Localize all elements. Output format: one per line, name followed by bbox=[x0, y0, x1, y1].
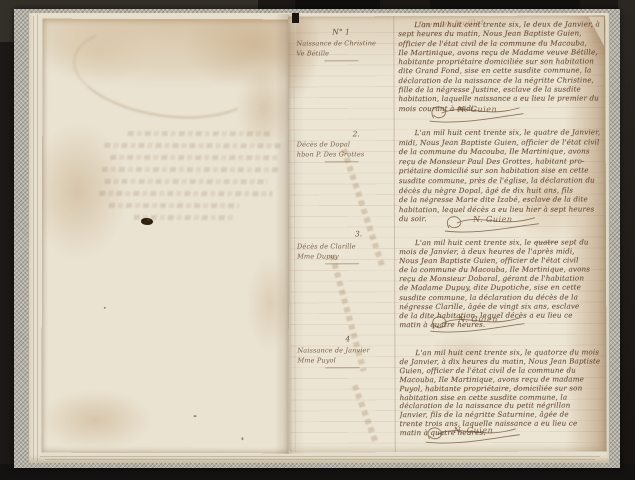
manuscript-line: Puyol, habitante propriétaire, domicilié… bbox=[400, 384, 603, 394]
left-page-blank bbox=[41, 19, 289, 454]
archival-register-scan: Premier feuillet N° 1 Naissance de Chris… bbox=[0, 0, 635, 480]
margin-note-line: Ve Bétille bbox=[296, 48, 392, 58]
entry-margin-note: Naissance de Janvier Mme Puyol bbox=[297, 345, 393, 368]
entry-body: L'an mil huit cent trente six, le quatre… bbox=[399, 127, 602, 224]
stain bbox=[42, 19, 289, 138]
margin-note-line: Mme Dupuy bbox=[297, 251, 393, 261]
signature-flourish: N. Guien bbox=[424, 312, 534, 334]
speck bbox=[104, 307, 106, 309]
book-gutter-shadow bbox=[275, 14, 305, 454]
right-page-manuscript: Premier feuillet N° 1 Naissance de Chris… bbox=[288, 15, 607, 452]
signature-name: N. Guien bbox=[454, 426, 494, 435]
manuscript-line: sept heures du matin, Nous Jean Baptiste… bbox=[398, 29, 601, 39]
entry-number: 4 bbox=[345, 334, 350, 343]
manuscript-line: L'an mil huit cent trente six, le quatre… bbox=[399, 127, 602, 137]
signature-name: N. Guien bbox=[458, 105, 498, 114]
manuscript-line: dite Grand Fond, sise en cette susdite c… bbox=[398, 66, 601, 76]
background-patch bbox=[618, 0, 635, 480]
manuscript-line: négresse Clarille, âgée de vingt six ans… bbox=[399, 301, 602, 311]
margin-note-line: Naissance de Janvier bbox=[297, 345, 393, 355]
signature-name: N. Guien bbox=[458, 315, 498, 324]
entry-number: 2. bbox=[353, 129, 360, 138]
stain bbox=[41, 377, 182, 449]
page-edge-line bbox=[33, 16, 34, 460]
speck bbox=[194, 415, 197, 417]
book-gutter-gap bbox=[292, 13, 299, 23]
margin-note-line: hbon P. Des Grottes bbox=[297, 149, 393, 159]
manuscript-line: de la commune du Macouba, Ile Martinique… bbox=[399, 147, 602, 157]
entry-body: L'an mil huit cent trente six, le deux d… bbox=[398, 19, 601, 113]
page-edge-line bbox=[37, 14, 38, 461]
signature-flourish: N. Guien bbox=[420, 423, 530, 445]
margin-underline bbox=[324, 60, 358, 61]
margin-note-line: Naissance de Christine bbox=[296, 38, 392, 48]
speck bbox=[147, 219, 150, 221]
entry-margin-note: Décès de Clarille Mme Dupuy bbox=[297, 241, 393, 264]
ink-bleedthrough bbox=[94, 131, 289, 241]
margin-note-line: Décès de Clarille bbox=[297, 241, 393, 251]
margin-underline bbox=[325, 161, 359, 162]
signature-name: N. Guien bbox=[473, 215, 513, 224]
margin-underline bbox=[325, 263, 359, 264]
speck bbox=[241, 437, 243, 440]
manuscript-line: officier de l'état civil de la commune d… bbox=[398, 38, 601, 48]
entry-margin-note: Décès de Dopal hbon P. Des Grottes bbox=[297, 139, 393, 162]
manuscript-line: de la négresse Marie dite Izabé, esclave… bbox=[399, 195, 602, 205]
entry-margin-note: Naissance de Christine Ve Bétille bbox=[296, 38, 392, 61]
entry-number: N° 1 bbox=[332, 27, 350, 36]
margin-note-line: Décès de Dopal bbox=[297, 139, 393, 149]
manuscript-line: de Madame Dupuy, dite Dupotiche, sise en… bbox=[399, 283, 602, 293]
manuscript-line: susdite commune, près de l'église, la dé… bbox=[399, 175, 602, 185]
margin-note-line: Mme Puyol bbox=[297, 355, 393, 365]
signature-flourish: N. Guien bbox=[439, 212, 549, 234]
page-edge-line bbox=[40, 456, 600, 457]
signature-flourish: N. Guien bbox=[424, 102, 534, 124]
margin-underline bbox=[325, 367, 359, 368]
stain-ring bbox=[67, 19, 267, 130]
manuscript-line: susdite commune, la déclaration du décès… bbox=[399, 292, 602, 302]
entry-number: 3. bbox=[355, 229, 362, 238]
page-edge-line bbox=[45, 459, 595, 460]
